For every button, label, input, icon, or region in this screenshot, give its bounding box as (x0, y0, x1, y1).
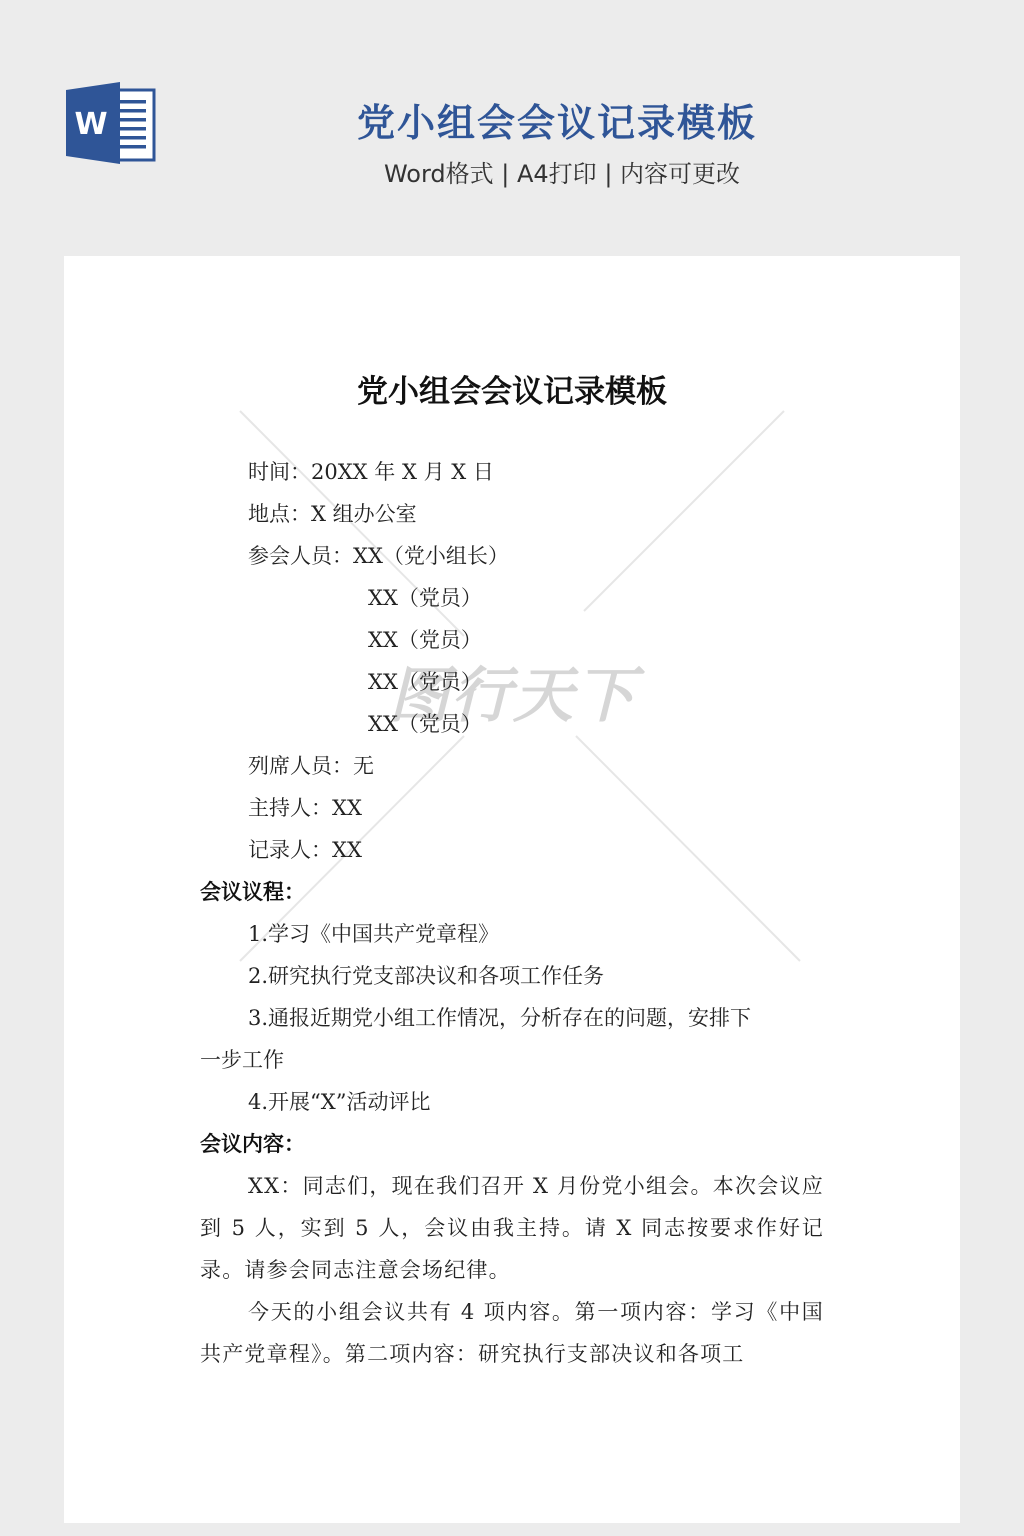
member-item: XX（党员） (200, 619, 824, 661)
agenda-item: 1.学习《中国共产党章程》 (200, 913, 824, 955)
agenda-item: 2.研究执行党支部决议和各项工作任务 (200, 955, 824, 997)
meeting-place: 地点：X 组办公室 (200, 493, 824, 535)
agenda-heading: 会议议程： (200, 871, 824, 913)
observers: 列席人员：无 (200, 745, 824, 787)
content-paragraph: XX：同志们，现在我们召开 X 月份党小组会。本次会议应到 5 人，实到 5 人… (200, 1165, 824, 1291)
host: 主持人：XX (200, 787, 824, 829)
member-item: XX（党员） (200, 703, 824, 745)
agenda-item-continued: 一步工作 (200, 1039, 824, 1081)
member-item: XX（党员） (200, 661, 824, 703)
attendees: 参会人员：XX（党小组长） (200, 535, 824, 577)
header-subtitle: Word格式 | A4打印 | 内容可更改 (0, 154, 1024, 189)
agenda-item: 4.开展“X”活动评比 (200, 1081, 824, 1123)
document-body: 时间：20XX 年 X 月 X 日 地点：X 组办公室 参会人员：XX（党小组长… (200, 451, 824, 1375)
content-heading: 会议内容： (200, 1123, 824, 1165)
recorder: 记录人：XX (200, 829, 824, 871)
document-page: 图行天下 党小组会会议记录模板 时间：20XX 年 X 月 X 日 地点：X 组… (64, 256, 960, 1523)
header-title: 党小组会会议记录模板 (0, 92, 1024, 147)
agenda-item: 3.通报近期党小组工作情况，分析存在的问题，安排下 (200, 997, 824, 1039)
document-title: 党小组会会议记录模板 (64, 366, 960, 411)
meeting-time: 时间：20XX 年 X 月 X 日 (200, 451, 824, 493)
member-item: XX（党员） (200, 577, 824, 619)
content-paragraph: 今天的小组会议共有 4 项内容。第一项内容：学习《中国共产党章程》。第二项内容：… (200, 1291, 824, 1375)
